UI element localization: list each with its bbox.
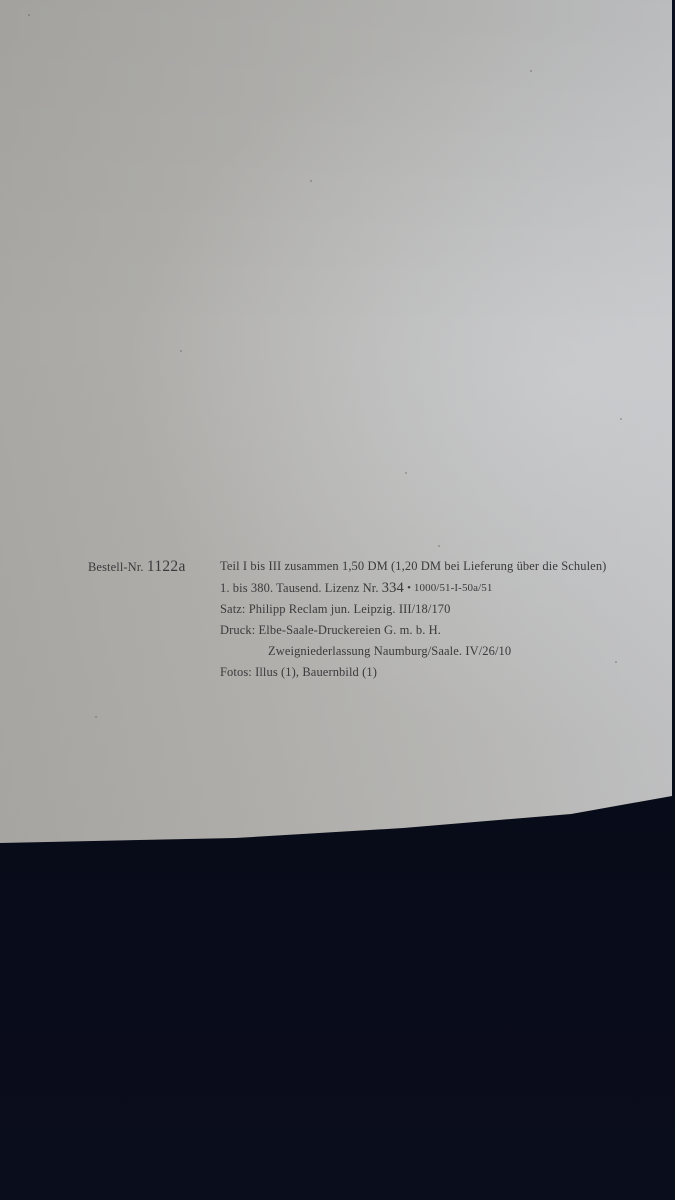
paper-speck (620, 418, 622, 420)
printer-line: Druck: Elbe-Saale-Druckereien G. m. b. H… (220, 620, 441, 641)
typesetting-line: Satz: Philipp Reclam jun. Leipzig. III/1… (220, 599, 451, 620)
paper-speck (28, 14, 30, 16)
price-line: Teil I bis III zusammen 1,50 DM (1,20 DM… (220, 556, 606, 578)
paper-page (0, 0, 672, 845)
paper-speck (310, 180, 312, 182)
paper-speck (405, 472, 407, 474)
paper-speck (95, 716, 97, 718)
paper-speck (438, 545, 440, 547)
imprint-line-photos: Fotos: Illus (1), Bauernbild (1) (88, 662, 606, 683)
license-prefix: 1. bis 380. Tausend. Lizenz Nr. (220, 578, 379, 599)
license-suffix: • 1000/51-I-50a/51 (407, 578, 492, 599)
branch-line: Zweigniederlassung Naumburg/Saale. IV/26… (268, 641, 511, 662)
imprint-block: Bestell-Nr. 1122a Teil I bis III zusamme… (88, 556, 606, 683)
paper-speck (180, 350, 182, 352)
imprint-line-order: Bestell-Nr. 1122a Teil I bis III zusamme… (88, 556, 606, 578)
imprint-line-typesetting: Satz: Philipp Reclam jun. Leipzig. III/1… (88, 599, 606, 620)
paper-speck (615, 661, 617, 663)
imprint-line-printer: Druck: Elbe-Saale-Druckereien G. m. b. H… (88, 620, 606, 641)
photo-scene: Bestell-Nr. 1122a Teil I bis III zusamme… (0, 0, 675, 1200)
order-number: 1122a (147, 558, 186, 575)
order-number-label: Bestell-Nr. 1122a (88, 556, 220, 578)
order-label-text: Bestell-Nr. (88, 560, 144, 574)
imprint-line-license: 1. bis 380. Tausend. Lizenz Nr. 334 • 10… (88, 578, 606, 599)
paper-speck (530, 70, 532, 72)
photos-line: Fotos: Illus (1), Bauernbild (1) (220, 662, 377, 683)
license-number: 334 (382, 578, 404, 599)
imprint-line-branch: Zweigniederlassung Naumburg/Saale. IV/26… (88, 641, 606, 662)
